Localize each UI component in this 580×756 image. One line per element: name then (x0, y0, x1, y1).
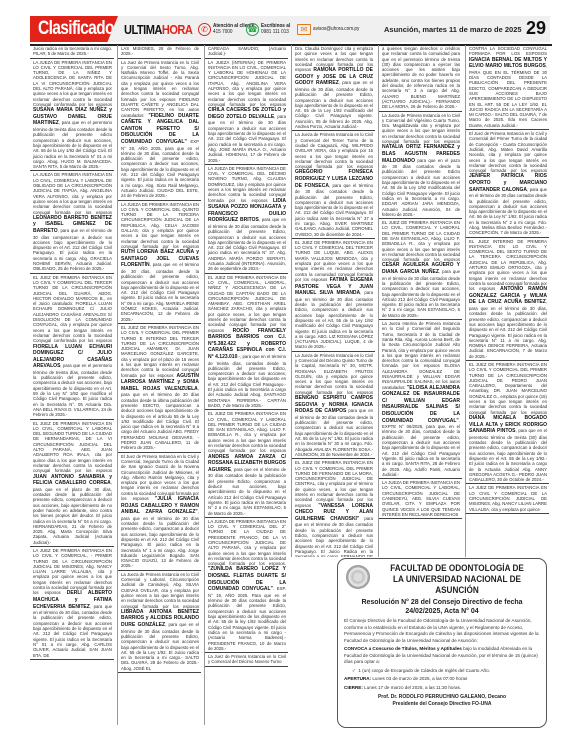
legal-edict: CAREAGA SAMUDIO, (Actuario Judicial.)- (205, 45, 288, 59)
edict-text: LA JUEZA DE PRIMERA INSTANCIA EN LO CIVI… (33, 172, 112, 214)
edict-text: , PARA QUE EN EL TÉRMINO DE 30 DÍAS CONT… (469, 63, 547, 128)
legal-edict: LA JUEZA DE PRIMERA INSTANCIA DE CIVIL Y… (205, 165, 288, 274)
edict-text: La Jueza de Primera Instancia en lo Civi… (121, 572, 199, 609)
edict-text: , para que en el término de 30 días, con… (469, 299, 547, 358)
legal-edict: Dra. Claudia Domínguez cita y emplaza po… (292, 45, 375, 131)
edict-text: LA JUEZA (INTERINA) DE PRIMERA INSTANCIA… (208, 60, 286, 107)
edict-text: Juicio radica en la Secretaría a mi carg… (33, 46, 112, 56)
edict-text: LA JUEZ DE PRIMERA INSTANCIA EN LO CIVIL… (469, 485, 547, 511)
edict-text: CONTRA LA SOCIEDAD CONYUGAL FORMADA POR … (469, 46, 547, 56)
edict-text: , para que en el término de 30 días cont… (121, 622, 199, 671)
edict-text: El Juez de Primera Instancia en lo Civil… (469, 131, 547, 173)
legal-edict: La Jueza Interina de Primera Instancia e… (379, 320, 462, 479)
edict-text: a quienes tengan derechos o créditos que… (382, 46, 460, 109)
legal-edict: EL JUEZ DE PRIMERA INSTANCIA EN LO CIVIL… (292, 239, 375, 352)
edict-text: para que en el pazo de 30 días contados … (382, 158, 460, 217)
legal-edict: Juicio radica en la Secretaría a mi carg… (30, 45, 114, 59)
edict-party-names: IGNACIA BERNAL DE MILTOS Y ELVIO MARIO M… (469, 57, 547, 70)
classifieds-column: LAS MISIONES, 28 de Febrero de 2025.-La … (117, 45, 201, 725)
legal-edict: EL JUEZ DE PRIMERA INSTANCIA EN LO CIVIL… (30, 420, 114, 547)
edict-text: EL JUEZ DE PRIMERA INSTANCIA EN LO CIVIL… (469, 362, 547, 415)
page-header: Clasificados ULTIMAHORA ✆ Atención al cl… (0, 0, 580, 44)
edict-text: LA JUEZ DE PRIMERA INSTANCIA EN LO CIVIL… (33, 548, 112, 595)
section-title: Clasificados (38, 18, 122, 40)
legal-edict: La Juez de Primera Instancia en lo Civil… (118, 59, 201, 201)
edict-text: EXP N° 28, AÑO 2025, para que en el térm… (121, 139, 199, 198)
legal-edict: EL JUEZ DE PRIMERA INSTANCIA EN LO CIVIL… (30, 274, 114, 420)
notice-cierre: CIERRE: Lunes 17 de marzo del 2025, a la… (344, 685, 540, 692)
edict-text: . EXPTE N° 06/2025, para que, en el térm… (382, 418, 460, 477)
legal-edict: LA JUEZA DE PRIMERA INSTANCIA EN LO CIVI… (30, 171, 114, 273)
legal-edict: La Jueza de Primera Instancia en lo Civi… (292, 131, 375, 239)
classifieds-column: a quienes tengan derechos o créditos que… (378, 45, 462, 557)
edict-text: EL JUEZ DE PRIMERA INSTANCIA EN LO CIVIL… (295, 240, 373, 282)
edict-text: , para que en el término de 30 días cont… (208, 217, 286, 271)
edict-text: EL JUEZ DE PRIMERA INSTANCIA EN LO CIVIL… (33, 421, 112, 474)
issue-date: Asunción, martes 11 de marzo de 2025 (384, 25, 522, 34)
logo-part-ultima: ULTIMA (124, 22, 162, 37)
legal-edict: El Juez de Primera Instancia en lo Civil… (118, 453, 201, 571)
edict-text: La Juez de Primera Instancia en lo Civil… (121, 60, 199, 118)
notice-convoca: CONVOCA a Concurso de Títulos, Méritos y… (344, 646, 540, 666)
edict-text: , para que el término de 30 días contado… (295, 183, 373, 237)
edict-text: EL JUEZ DE PRIMERA INSTANCIA EN LO CIVIL… (295, 460, 373, 507)
legal-edict: EL JUEZ DE PRIMERA INSTANCIA EN LO CIVIL… (205, 410, 288, 518)
edict-text: , para que en el término de 30 días, con… (295, 80, 373, 129)
notice-position-item: ✓ 1 (un) cargo de Encargado de Cátedra d… (344, 668, 540, 675)
legal-edict: a quienes tengan derechos o créditos que… (379, 45, 462, 112)
classifieds-column: Juicio radica en la Secretaría a mi carg… (30, 45, 114, 725)
legal-edict: LA JUEZA DE PRIMERA INSTANCIA EN LO CIVI… (205, 518, 288, 653)
logo-part-hora: HORA (162, 22, 193, 37)
edict-text: LA JUEZA DE PRIMERA INSTANCIA EN LO CIVI… (33, 60, 112, 107)
edict-text: EL JUEZ DE PRIMERA INSTANCIA EN LO CIVIL… (382, 220, 460, 262)
edict-text: , para que en el perentorio término de t… (469, 428, 547, 482)
notice-resolution: Resolución N° 28 del Consejo Directivo d… (344, 599, 540, 616)
edict-text: , para que en el término de 30 días, con… (33, 604, 112, 658)
notice-title: FACULTAD DE ODONTOLOGÍA DE LA UNIVERSIDA… (386, 563, 529, 596)
contact-value: 0981 111 013 (261, 29, 289, 35)
edict-text: La Jueza Interina de Primera Instancia e… (382, 321, 460, 390)
edict-text: LAS MISIONES, 28 de Febrero de 2025.- (121, 46, 199, 56)
edict-text: EL JUEZ INTERINO DE PRIMERA INSTANCIA EN… (469, 239, 547, 292)
legal-edict: LA JUEZA (INTERINA) DE PRIMERA INSTANCIA… (205, 59, 288, 165)
edict-text: La Jueza de Primera Instancia en lo Civi… (295, 132, 373, 169)
edict-text: para que en el término de 30 días contad… (295, 408, 373, 457)
edict-text: LA JUEZA DE PRIMERA INSTANCIA EN LO CIVI… (382, 480, 460, 517)
legal-edict: LA JUEZA DE PRIMERA INSTANCIA EN LO CIVI… (30, 59, 114, 172)
mail-icon: ✉ (297, 24, 311, 35)
legal-edict: EL JUEZ DE PRIMERA INSTANCIA EN LO CIVIL… (205, 274, 288, 411)
page-number: 29 (526, 18, 546, 39)
edict-text: LA JUEZA DE PRIMERA INSTANCIA EN LO CIVI… (121, 202, 199, 249)
legal-edict: La Jueza de Primera Instancia en lo Civi… (118, 571, 201, 673)
legal-edict: EL JUEZ DE PRIMERA INSTANCIA EN LO CIVIL… (292, 459, 375, 557)
section-banner: Clasificados (30, 16, 118, 42)
edict-party-names: "ELOISA ALEJANDRA GONZALEZ DE INSAURRALD… (382, 385, 460, 424)
edict-text: CAREAGA SAMUDIO, (Actuario Judicial.)- (208, 46, 286, 56)
edict-text: LA JUEZA DE PRIMERA INSTANCIA EN LO CIVI… (208, 519, 286, 566)
edict-text: , para que en el plazo de 30 días, conta… (33, 480, 112, 545)
contact-whatsapp: ☎ Escribinos al0981 111 013 (246, 18, 295, 40)
legal-edict: LA JUEZ DE PRIMERA INSTANCIA EN LO CIVIL… (466, 484, 549, 513)
edict-text: . EXP. N° 19, AÑO 2025. Para que en el t… (208, 586, 286, 651)
notice-intro: El Consejo Directivo de la Facultad de O… (344, 618, 540, 644)
edict-text: para que en el término de 30 días contad… (295, 516, 373, 557)
legal-edict: LAS MISIONES, 28 de Febrero de 2025.- (118, 45, 201, 59)
legal-edict: El Juez de Primera Instancia en lo Civil… (466, 130, 549, 238)
edict-text: La Jueza de Primera Instancia en lo Civi… (382, 113, 460, 144)
legal-edict: EL JUEZ DE PRIMERA INSTANCIA EN LO CIVIL… (466, 361, 549, 484)
edict-text: EL JUEZ DE PRIMERA INSTANCIA EN LO CIVIL… (121, 325, 199, 378)
edict-text: , para que en el término de 30 días cont… (121, 386, 199, 451)
edict-text: , para que en el perentorio término de t… (33, 363, 112, 417)
edict-text: , para que en el término de 30 días cont… (121, 509, 199, 568)
legal-edict: EL JUEZ DE PRIMERA INSTANCIA EN LO CIVIL… (118, 324, 201, 453)
edict-text: EL JUEZ DE PRIMERA INSTANCIA EN LO CIVIL… (208, 275, 286, 333)
notice-apertura: APERTURA: Lunes 03 de marzo de 2025, a l… (344, 676, 540, 683)
edict-text: EL JUEZ DE PRIMERA INSTANCIA EN LO CIVIL… (33, 275, 112, 344)
university-seal-icon (346, 565, 370, 589)
legal-edict: La Jueza de Primera Instancia en lo Civi… (379, 112, 462, 220)
legal-edict: La Juez de Primera Instancia en lo Civil… (205, 653, 288, 667)
edict-party-names: JUAN ANTONIO SANABRIA y FELICIA CABALLER… (33, 474, 112, 487)
contact-value: 415 7000 (213, 29, 233, 35)
edict-text: La Juez de Primera Instancia en lo Civil… (208, 654, 286, 664)
whatsapp-icon: ☎ (246, 23, 259, 36)
phone-icon: ✆ (198, 23, 211, 36)
legal-edict: LA JUEZA DE PRIMERA INSTANCIA EN LO CIVI… (118, 201, 201, 324)
legal-edict: EL JUEZ INTERINO DE PRIMERA INSTANCIA EN… (466, 238, 549, 361)
university-notice: FACULTAD DE ODONTOLOGÍA DE LA UNIVERSIDA… (337, 558, 547, 728)
contact-email[interactable]: ✉ avisos@uhora.com.py (297, 18, 368, 40)
email-link[interactable]: avisos@uhora.com.py (313, 26, 359, 33)
classifieds-column: Dra. Claudia Domínguez cita y emplaza po… (291, 45, 375, 557)
edict-text: , para que en término de 30 días contado… (295, 290, 373, 349)
edict-text: , para que en el término de 30 días comp… (208, 114, 286, 163)
edict-text: La Jueza de Primera Instancia en lo Civi… (295, 353, 373, 395)
classifieds-column: CONTRA LA SOCIEDAD CONYUGAL FORMADA POR … (465, 45, 549, 557)
legal-edict: LA JUEZA DE PRIMERA INSTANCIA EN LO CIVI… (379, 479, 462, 519)
edict-text: , para que en el término de 30 días, con… (121, 262, 199, 321)
edict-text: El Juez de Primera Instancia en lo Civil… (121, 454, 199, 501)
edict-text: , para que en el término de 30 días cont… (208, 467, 286, 516)
notice-signature: Prof. Dr. RODOLFO PERRUCHINO GALEANO, De… (344, 694, 540, 708)
legal-edict: La Jueza de Primera Instancia en lo Civi… (292, 352, 375, 460)
newspaper-logo: ULTIMAHORA (124, 22, 192, 37)
legal-edict: CONTRA LA SOCIEDAD CONYUGAL FORMADA POR … (466, 45, 549, 130)
legal-edict: EL JUEZ DE PRIMERA INSTANCIA EN LO CIVIL… (379, 219, 462, 320)
edict-text: .-, para que en el término de treinta dí… (208, 354, 286, 408)
edict-text: , para que en el perentorio término de t… (33, 120, 112, 169)
legal-edict: LA JUEZ DE PRIMERA INSTANCIA EN LO CIVIL… (30, 547, 114, 660)
edict-text: EL JUEZ DE PRIMERA INSTANCIA EN LO CIVIL… (208, 411, 286, 453)
edict-text: , para que en el término de 30 días cont… (382, 269, 460, 318)
edict-text: , para que en el término de 30 días cont… (469, 187, 547, 236)
edict-text: , para que en el término de 30 días comp… (33, 228, 112, 271)
classifieds-column: CAREAGA SAMUDIO, (Actuario Judicial.)-LA… (204, 45, 288, 725)
